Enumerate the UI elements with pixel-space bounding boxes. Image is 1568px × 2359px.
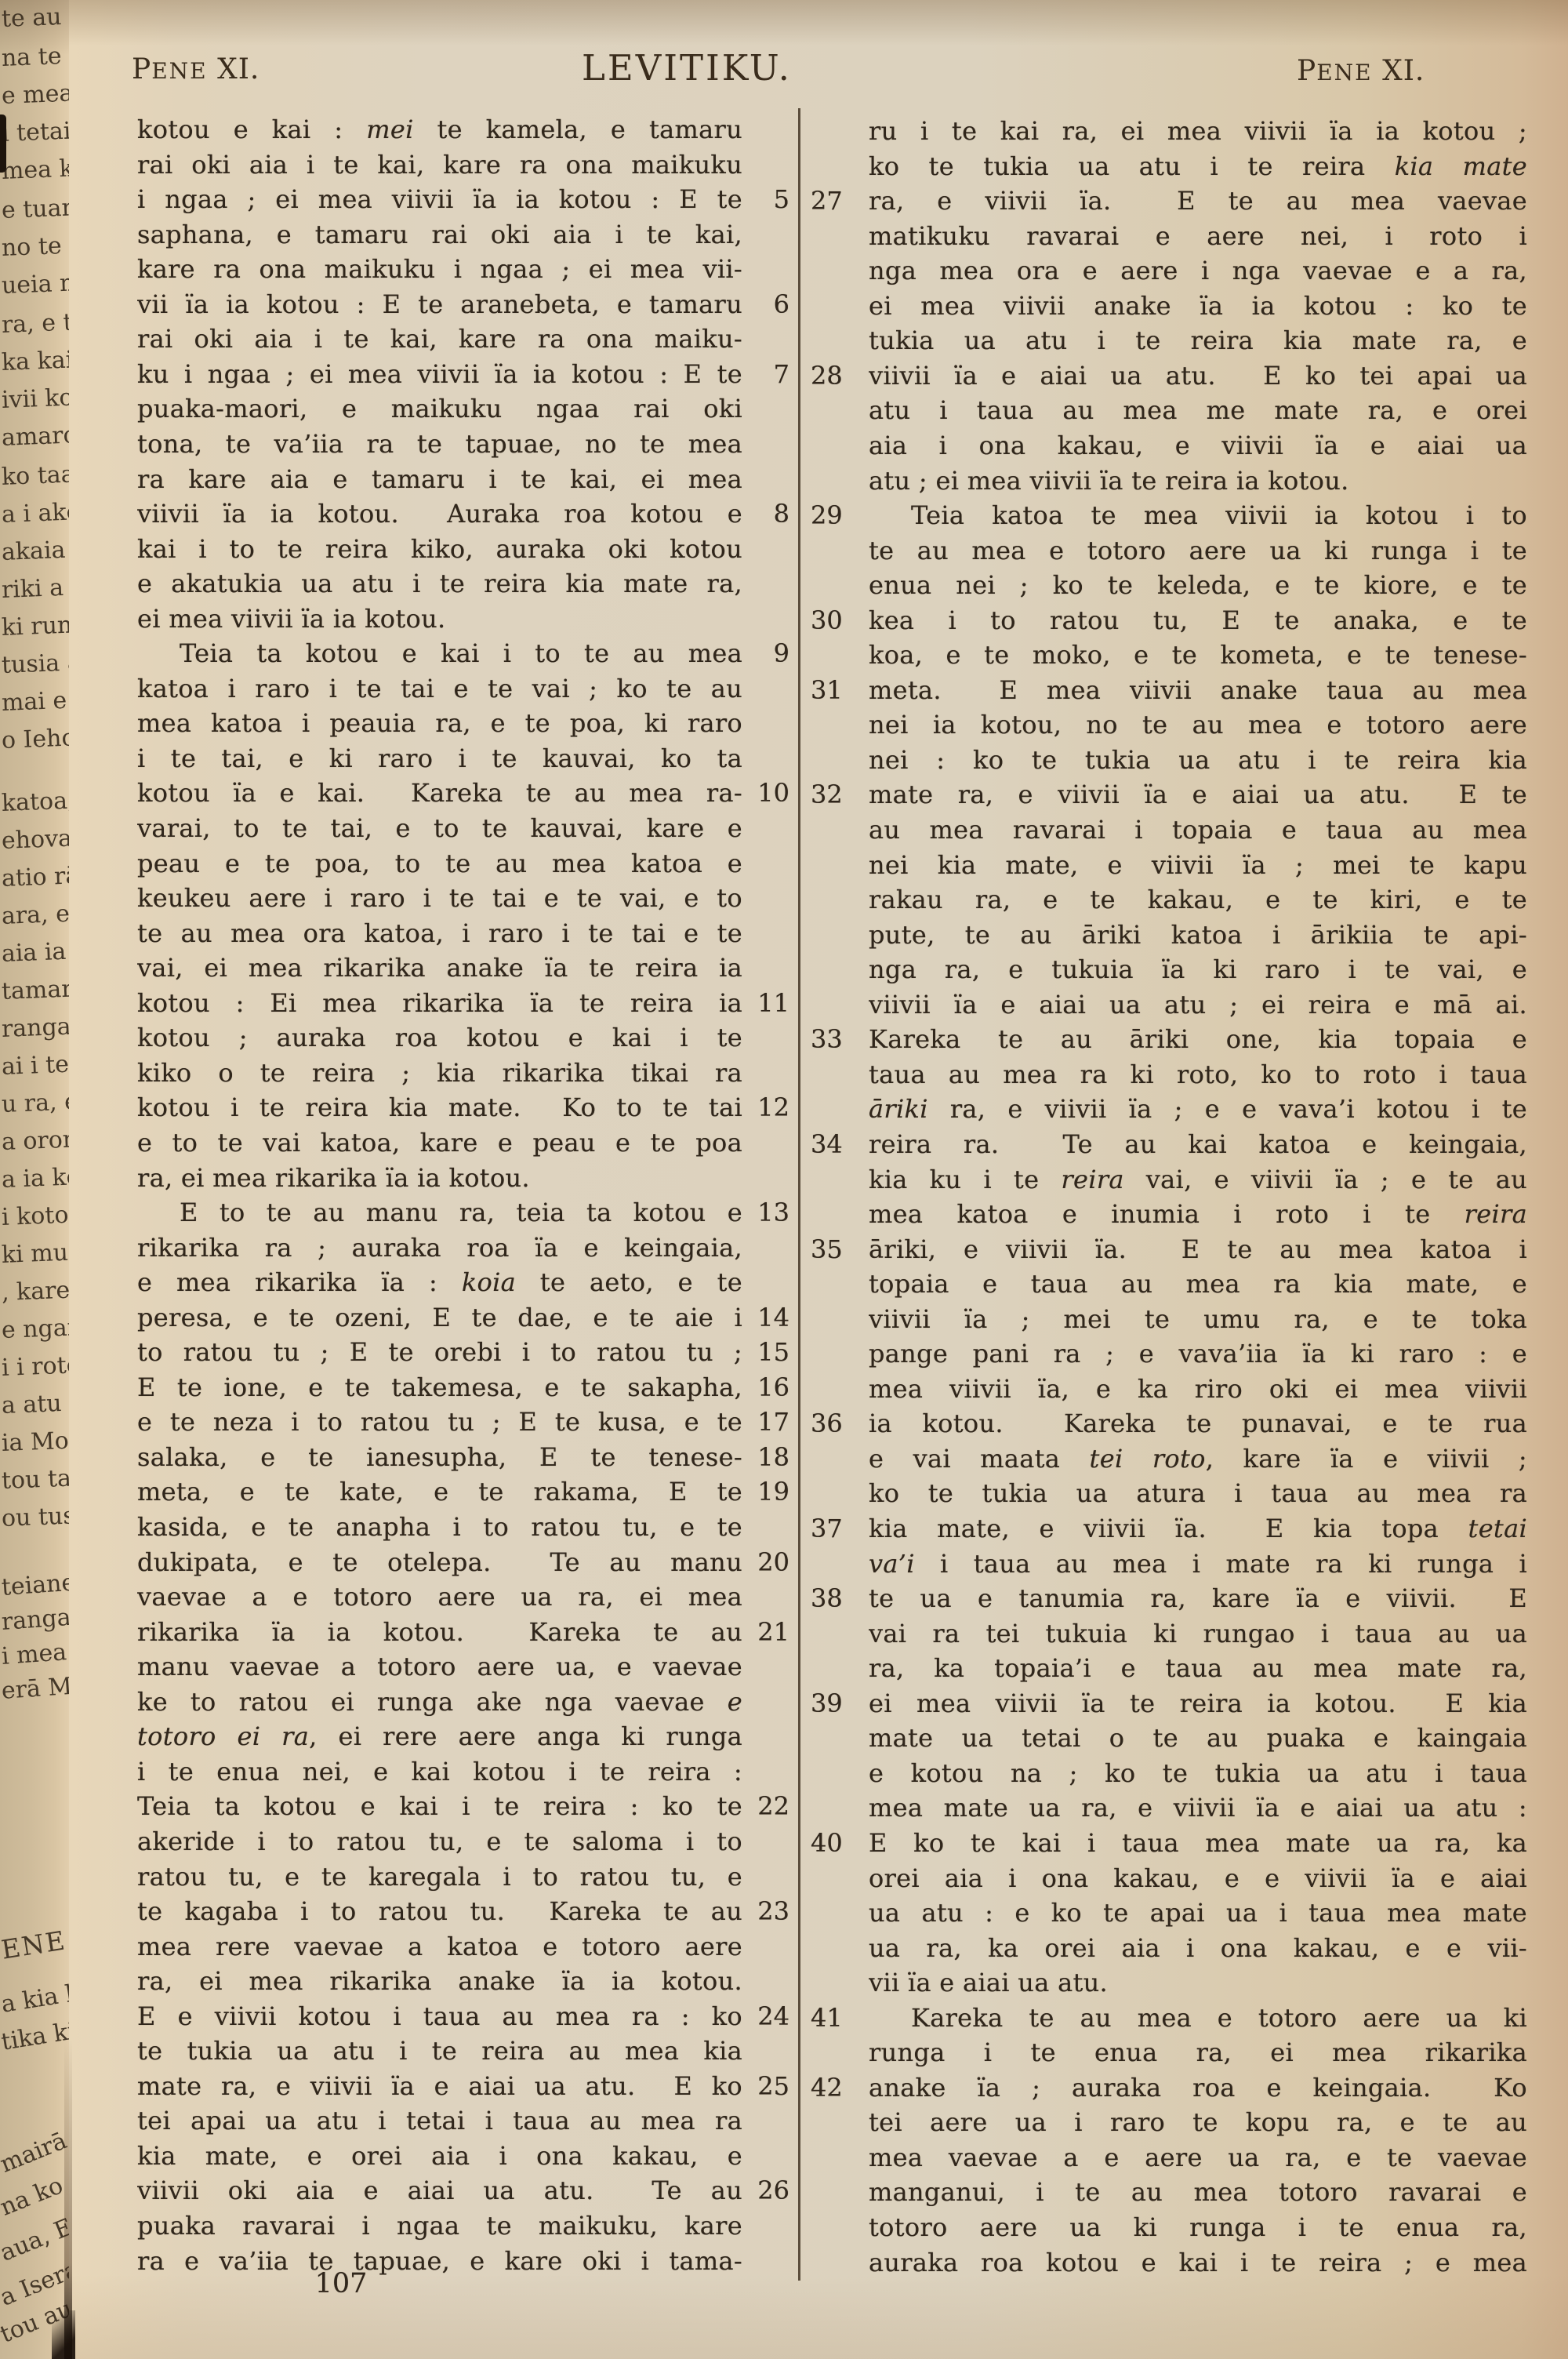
text-line: mea katoa e inumia i roto i te reira bbox=[869, 1198, 1527, 1233]
text-line: vii ïa ia kotou : E te aranebeta, e tama… bbox=[137, 289, 742, 323]
text-line: vai, ei mea rikarika anake ïa te reira i… bbox=[137, 952, 742, 987]
line-text: meta. E mea viivii anake taua au mea bbox=[869, 675, 1527, 705]
text-line: ra, ei mea rikarika ïa ia kotou. bbox=[137, 1162, 742, 1197]
line-text: viivii ïa e aiai ua atu. E ko tei apai u… bbox=[869, 361, 1527, 391]
italic-word: reira bbox=[1061, 1165, 1123, 1194]
facing-page-text-fragment: u ra, e me bbox=[1, 1087, 69, 1118]
text-line: e mea rikarika ïa : koia te aeto, e te bbox=[137, 1267, 742, 1301]
text-line: ke to ratou ei runga ake nga vaevae e bbox=[137, 1686, 742, 1721]
facing-page-text-fragment: ia Mose, I bbox=[1, 1426, 69, 1457]
text-line: kasida, e te anapha i to ratou tu, e te bbox=[137, 1511, 742, 1546]
line-text: kea i to ratou tu, E te anaka, e te bbox=[869, 605, 1527, 635]
text-line: i ngaa ; ei mea viivii ïa ia kotou : E t… bbox=[137, 184, 742, 218]
text-line: to ratou tu ; E te orebi i to ratou tu ; bbox=[137, 1336, 742, 1371]
text-line: e te neza i to ratou tu ; E te kusa, e t… bbox=[137, 1406, 742, 1441]
text-line: mate ra, e viivii ïa e aiai ua atu. E te bbox=[869, 779, 1527, 813]
italic-word: tetai bbox=[1468, 1514, 1527, 1543]
facing-page-text-fragment: mea ko ta bbox=[1, 154, 69, 185]
text-line: ko te tukia ua atura i taua au mea ra bbox=[869, 1478, 1527, 1512]
line-text: E e viivii kotou i taua au mea ra : ko bbox=[137, 2001, 742, 2031]
facing-page-text-fragment: erā Mose bbox=[1, 1670, 69, 1705]
verse-number: 22 bbox=[741, 1790, 789, 1825]
text-line: topaia e taua au mea ra kia mate, e bbox=[869, 1268, 1527, 1303]
line-text: i te enua nei, e kai kotou i te reira : bbox=[137, 1757, 742, 1787]
line-text: rikarika ra ; auraka roa ïa e keingaia, bbox=[137, 1233, 742, 1263]
text-line: E ko te kai i taua mea mate ua ra, ka bbox=[869, 1827, 1527, 1862]
text-line: āriki, e viivii ïa. E te au mea katoa i bbox=[869, 1234, 1527, 1268]
line-text: kotou ïa e kai. Kareka te au mea ra- bbox=[137, 778, 742, 808]
line-text: te kamela, e tamaru bbox=[414, 114, 742, 144]
line-text: taua au mea ra ki roto, ko to roto i tau… bbox=[869, 1060, 1527, 1089]
line-text: ko te tukia ua atu i te reira bbox=[869, 151, 1395, 181]
text-line: ei mea viivii ïa ia kotou. bbox=[137, 603, 742, 638]
line-text: ua atu : e ko te apai ua i taua mea mate bbox=[869, 1898, 1527, 1928]
facing-page-text-fragment: ko taau bbox=[1, 461, 69, 491]
text-line: atu ; ei mea viivii ïa te reira ia kotou… bbox=[869, 465, 1527, 500]
text-line: katoa i raro i te tai e te vai ; ko te a… bbox=[137, 673, 742, 707]
verse-number: 38 bbox=[811, 1583, 866, 1617]
text-line: i te tai, e ki raro i te kauvai, ko ta bbox=[137, 743, 742, 777]
facing-page-text-fragment: i i roto i te bbox=[1, 1350, 69, 1382]
text-line: mea vaevae a e aere ua ra, e te vaevae bbox=[869, 2142, 1527, 2176]
text-line: au mea ravarai i topaia e taua au mea bbox=[869, 814, 1527, 849]
line-text: manu vaevae a totoro aere ua, e vaevae bbox=[137, 1652, 742, 1681]
text-line: orei aia i ona kakau, e e viivii ïa e ai… bbox=[869, 1863, 1527, 1897]
line-text: i ngaa ; ei mea viivii ïa ia kotou : E t… bbox=[137, 184, 742, 214]
line-text: Teia ta kotou e kai i to te au mea bbox=[180, 638, 742, 668]
facing-page-text-fragment: e tuang bbox=[1, 194, 69, 224]
text-line: puaka ravarai i ngaa te maikuku, kare bbox=[137, 2210, 742, 2245]
line-text: te au mea e totoro aere ua ki runga i te bbox=[869, 536, 1527, 565]
line-text: puaka-maori, e maikuku ngaa rai oki bbox=[137, 394, 742, 423]
text-line: Kareka te au mea e totoro aere ua ki bbox=[869, 2002, 1527, 2037]
text-line: mate ra, e viivii ïa e aiai ua atu. E ko bbox=[137, 2070, 742, 2105]
facing-page-text-fragment: e ngai-tapu bbox=[1, 1312, 69, 1344]
running-head-left-numeral: XI. bbox=[208, 53, 260, 85]
line-text: totoro aere ua ki runga i te enua ra, bbox=[869, 2212, 1527, 2242]
line-text: e akatukia ua atu i te reira kia mate ra… bbox=[137, 569, 742, 598]
line-text: aia i ona kakau, e viivii ïa e aiai ua bbox=[869, 431, 1527, 460]
text-line: auraka roa kotou e kai i te reira ; e me… bbox=[869, 2247, 1527, 2281]
facing-page-text-fragment: a orongaia bbox=[1, 1125, 69, 1156]
text-line: rakau ra, e te kakau, e te kiri, e te bbox=[869, 884, 1527, 918]
facing-page-text-fragment: ou tusia k bbox=[1, 1501, 69, 1532]
text-line: vaevae a e totoro aere ua ra, ei mea bbox=[137, 1581, 742, 1616]
text-line: kia mate, e orei aia i ona kakau, e bbox=[137, 2140, 742, 2175]
verse-number: 29 bbox=[811, 500, 866, 534]
verse-number: 33 bbox=[811, 1023, 866, 1058]
line-text: puaka ravarai i ngaa te maikuku, kare bbox=[137, 2211, 742, 2241]
facing-page-text-fragment: mairā Ie bbox=[0, 2117, 69, 2179]
verse-number-lane-right: 27282930313233343536373839404142 bbox=[811, 115, 866, 2288]
italic-word: mei bbox=[366, 114, 413, 144]
verse-number: 32 bbox=[811, 779, 866, 813]
line-text: ru i te kai ra, ei mea viivii ïa ia koto… bbox=[869, 116, 1527, 146]
text-line: kotou e kai : mei te kamela, e tamaru bbox=[137, 114, 742, 148]
text-line: e kotou na ; ko te tukia ua atu i taua bbox=[869, 1757, 1527, 1792]
line-text: ra, ka topaia’i e taua au mea mate ra, bbox=[869, 1653, 1527, 1683]
line-text: Teia ta kotou e kai i te reira : ko te bbox=[137, 1791, 742, 1821]
text-line: peresa, e te ozeni, E te dae, e te aie i bbox=[137, 1302, 742, 1336]
verse-number: 19 bbox=[741, 1476, 789, 1510]
text-line: ku i ngaa ; ei mea viivii ïa ia kotou : … bbox=[137, 358, 742, 393]
text-line: E te ione, e te takemesa, e te sakapha, bbox=[137, 1372, 742, 1406]
text-line: totoro aere ua ki runga i te enua ra, bbox=[869, 2212, 1527, 2246]
line-text: kotou ; auraka roa kotou e kai i te bbox=[137, 1023, 742, 1052]
verse-number: 25 bbox=[741, 2070, 789, 2105]
line-text: rikarika ïa ia kotou. Kareka te au bbox=[137, 1617, 742, 1647]
line-text: tei aere ua i raro te kopu ra, e te au bbox=[869, 2107, 1527, 2137]
ink-blot-bottom bbox=[52, 2310, 75, 2359]
line-text: ei mea viivii ïa ia kotou. bbox=[137, 604, 445, 634]
verse-number: 21 bbox=[741, 1616, 789, 1651]
text-line: atu i taua au mea me mate ra, e orei bbox=[869, 394, 1527, 429]
text-line: ra kare aia e tamaru i te kai, ei mea bbox=[137, 463, 742, 498]
line-text: rai oki aia i te kai, kare ra ona maiku- bbox=[137, 324, 742, 354]
running-head-right: PENE XI. bbox=[1297, 55, 1425, 87]
line-text: e te neza i to ratou tu ; E te kusa, e t… bbox=[137, 1407, 742, 1437]
text-line: Teia ta kotou e kai i te reira : ko te bbox=[137, 1790, 742, 1825]
italic-word: reira bbox=[1465, 1199, 1527, 1229]
line-text: keukeu aere i raro i te tai e te vai, e … bbox=[137, 883, 742, 913]
running-head-left-smallcaps: ENE bbox=[151, 58, 207, 84]
facing-page-text-fragment: , kare to bbox=[1, 1276, 69, 1307]
line-text: te au mea ora katoa, i raro i te tai e t… bbox=[137, 918, 742, 948]
verse-number: 8 bbox=[741, 498, 789, 533]
line-text: vii ïa ia kotou : E te aranebeta, e tama… bbox=[137, 289, 742, 319]
line-text: ei mea viivii anake ïa ia kotou : ko te bbox=[869, 291, 1527, 321]
line-text: ke to ratou ei runga ake nga vaevae bbox=[137, 1687, 728, 1717]
facing-page-text-fragment: teianei m bbox=[1, 1567, 69, 1601]
verse-number: 7 bbox=[741, 358, 789, 393]
line-text: katoa i raro i te tai e te vai ; ko te a… bbox=[137, 674, 742, 703]
line-text: viivii ïa ia kotou. Auraka roa kotou e bbox=[137, 499, 742, 529]
text-line: saphana, e tamaru rai oki aia i te kai, bbox=[137, 219, 742, 253]
line-text: e kotou na ; ko te tukia ua atu i taua bbox=[869, 1758, 1527, 1788]
line-text: Kareka te au mea e totoro aere ua ki bbox=[911, 2003, 1527, 2033]
line-text: varai, to te tai, e to te kauvai, kare e bbox=[137, 813, 742, 843]
line-text: mate ra, e viivii ïa e aiai ua atu. E te bbox=[869, 780, 1527, 809]
facing-page-text-fragment: ueia mai bbox=[1, 269, 69, 300]
text-line: rikarika ïa ia kotou. Kareka te au bbox=[137, 1616, 742, 1651]
text-line: koa, e te moko, e te kometa, e te tenese… bbox=[869, 639, 1527, 674]
text-line: rikarika ra ; auraka roa ïa e keingaia, bbox=[137, 1232, 742, 1267]
line-text: te aeto, e te bbox=[516, 1267, 742, 1297]
text-line: viivii ïa e aiai ua atu ; ei reira e mā … bbox=[869, 989, 1527, 1023]
line-text: ra e va’iia te tapuae, e kare oki i tama… bbox=[137, 2246, 742, 2276]
text-line: kia mate, e viivii ïa. E kia topa tetai bbox=[869, 1513, 1527, 1547]
line-text: saphana, e tamaru rai oki aia i te kai, bbox=[137, 220, 742, 249]
text-line: Kareka te au āriki one, kia topaia e bbox=[869, 1023, 1527, 1058]
line-text: āriki, e viivii ïa. E te au mea katoa i bbox=[869, 1234, 1527, 1264]
line-text: kotou i te reira kia mate. Ko to te tai bbox=[137, 1092, 742, 1122]
text-line: Teia ta kotou e kai i to te au mea bbox=[137, 638, 742, 672]
text-line: ra, ei mea rikarika anake ïa ia kotou. bbox=[137, 1965, 742, 2000]
text-line: kotou ; auraka roa kotou e kai i te bbox=[137, 1022, 742, 1056]
line-text: mea katoa e inumia i roto i te bbox=[869, 1199, 1465, 1229]
text-line: pute, te au āriki katoa i ārikiia te api… bbox=[869, 919, 1527, 954]
text-line: manganui, i te au mea totoro ravarai e bbox=[869, 2176, 1527, 2211]
verse-number: 40 bbox=[811, 1827, 866, 1862]
facing-page-text-fragment: a i akono bbox=[1, 498, 69, 529]
facing-page-text-fragment: ki runga bbox=[1, 611, 69, 642]
verse-number: 17 bbox=[741, 1406, 789, 1441]
text-line: kai i to te reira kiko, auraka oki kotou bbox=[137, 533, 742, 568]
facing-page-text-fragment: tika kia k bbox=[0, 2012, 69, 2056]
line-text: i taua au mea i mate ra ki runga i bbox=[915, 1549, 1527, 1579]
text-line: vii ïa e aiai ua atu. bbox=[869, 1967, 1527, 2001]
facing-page-header-fragment: ENE XI. bbox=[0, 1919, 69, 1964]
line-text: auraka roa kotou e kai i te reira ; e me… bbox=[869, 2248, 1527, 2277]
facing-page-text-fragment: amaroa, e bbox=[1, 420, 69, 452]
verse-number: 15 bbox=[741, 1336, 789, 1371]
text-line: taua au mea ra ki roto, ko to roto i tau… bbox=[869, 1059, 1527, 1093]
line-text: , kare ïa e viivii ; bbox=[1206, 1444, 1527, 1474]
line-text: viivii ïa ; mei te umu ra, e te toka bbox=[869, 1304, 1527, 1334]
line-text: ia kotou. Kareka te punavai, e te rua bbox=[869, 1408, 1527, 1438]
running-head-left-cap: P bbox=[132, 53, 151, 85]
line-text: matikuku ravarai e aere nei, i roto i bbox=[869, 221, 1527, 251]
line-text: peau e te poa, to te au mea katoa e bbox=[137, 849, 742, 878]
facing-page-text-fragment: no te au bbox=[1, 231, 69, 262]
text-line: ua atu : e ko te apai ua i taua mea mate bbox=[869, 1897, 1527, 1932]
facing-page-text-fragment: i mea tau bbox=[1, 1636, 69, 1670]
line-text: E te ione, e te takemesa, e te sakapha, bbox=[137, 1372, 742, 1402]
text-line: mea mate ua ra, e viivii ïa e aiai ua at… bbox=[869, 1792, 1527, 1826]
text-line: kotou : Ei mea rikarika ïa te reira ia bbox=[137, 987, 742, 1022]
line-text: kia mate, e orei aia i ona kakau, e bbox=[137, 2141, 742, 2171]
line-text: pute, te au āriki katoa i ārikiia te api… bbox=[869, 920, 1527, 950]
line-text: nei : ko te tukia ua atu i te reira kia bbox=[869, 745, 1527, 775]
line-text: ua ra, ka orei aia i ona kakau, e e vii- bbox=[869, 1933, 1527, 1963]
facing-page-text-fragment: na te ak bbox=[1, 42, 69, 72]
text-line: ru i te kai ra, ei mea viivii ïa ia koto… bbox=[869, 115, 1527, 150]
line-text: mea katoa i peauia ra, e te poa, ki raro bbox=[137, 708, 742, 738]
facing-page-text-fragment: ara, e i na bbox=[1, 899, 69, 930]
line-text: viivii oki aia e aiai ua atu. Te au bbox=[137, 2175, 742, 2205]
facing-page-text-fragment: ivii kore ; bbox=[1, 383, 69, 414]
text-line: e to te vai katoa, kare e peau e te poa bbox=[137, 1127, 742, 1161]
text-line: enua nei ; ko te keleda, e te kiore, e t… bbox=[869, 569, 1527, 604]
text-line: nga mea ora e aere i nga vaevae e a ra, bbox=[869, 255, 1527, 289]
line-text: rai oki aia i te kai, kare ra ona maikuk… bbox=[137, 150, 742, 180]
line-text: ei mea viivii ïa te reira ia kotou. E ki… bbox=[869, 1688, 1527, 1718]
verse-number: 23 bbox=[741, 1896, 789, 1930]
verse-number: 41 bbox=[811, 2002, 866, 2037]
line-text: mea vaevae a e aere ua ra, e te vaevae bbox=[869, 2143, 1527, 2172]
text-line: āriki ra, e viivii ïa ; e e vava’i kotou… bbox=[869, 1093, 1527, 1128]
line-text: vii ïa e aiai ua atu. bbox=[869, 1968, 1108, 1997]
line-text: atu ; ei mea viivii ïa te reira ia kotou… bbox=[869, 466, 1349, 496]
text-line: manu vaevae a totoro aere ua, e vaevae bbox=[137, 1651, 742, 1685]
facing-page-text-fragment: i tetai bbox=[1, 118, 69, 147]
book-page: PENE XI. LEVITIKU. PENE XI. kotou e kai … bbox=[69, 0, 1568, 2359]
text-line: nei kia mate, e viivii ïa ; mei te kapu bbox=[869, 849, 1527, 884]
line-text: ra, ei mea rikarika anake ïa ia kotou. bbox=[137, 1966, 742, 1996]
text-line: mea rere vaevae a katoa e totoro aere bbox=[137, 1931, 742, 1965]
line-text: pange pani ra ; e vava’iia ïa ki raro : … bbox=[869, 1339, 1527, 1369]
facing-page-text-fragment: a ia kotou bbox=[1, 1162, 69, 1194]
line-text: ra kare aia e tamaru i te kai, ei mea bbox=[137, 464, 742, 494]
facing-page-text-fragment: tou tarang bbox=[1, 1463, 69, 1495]
text-line: varai, to te tai, e to te kauvai, kare e bbox=[137, 812, 742, 847]
text-line: anake ïa ; auraka roa e keingaia. Ko bbox=[869, 2072, 1527, 2106]
text-line: aia i ona kakau, e viivii ïa e aiai ua bbox=[869, 430, 1527, 464]
text-line: tei aere ua i raro te kopu ra, e te au bbox=[869, 2106, 1527, 2141]
line-text: E to te au manu ra, teia ta kotou e bbox=[180, 1198, 742, 1227]
italic-word: totoro ei ra bbox=[137, 1721, 309, 1751]
text-line: e vai maata tei roto, kare ïa e viivii ; bbox=[869, 1443, 1527, 1478]
line-text: ra, e viivii ïa. E te au mea vaevae bbox=[869, 186, 1527, 216]
facing-page-text-fragment: aia ia Ele bbox=[1, 937, 69, 968]
text-line: ko te tukia ua atu i te reira kia mate bbox=[869, 151, 1527, 185]
verse-number: 12 bbox=[741, 1092, 789, 1126]
text-line: tei apai ua atu i tetai i taua au mea ra bbox=[137, 2105, 742, 2139]
running-head-right-cap: P bbox=[1297, 55, 1316, 87]
line-text: tukia ua atu i te reira kia mate ra, e bbox=[869, 325, 1527, 355]
text-line: mea viivii ïa, e ka riro oki ei mea viiv… bbox=[869, 1373, 1527, 1408]
text-line: te kagaba i to ratou tu. Kareka te au bbox=[137, 1896, 742, 1930]
text-line: kotou ïa e kai. Kareka te au mea ra- bbox=[137, 777, 742, 812]
facing-page-text-fragment: ai i te ta bbox=[1, 1050, 69, 1081]
text-line: ei mea viivii ïa te reira ia kotou. E ki… bbox=[869, 1688, 1527, 1722]
facing-page-text-fragment: tusia ai, bbox=[1, 649, 69, 679]
verse-number: 16 bbox=[741, 1372, 789, 1406]
verse-number: 35 bbox=[811, 1234, 866, 1268]
ink-blot-top bbox=[0, 114, 6, 173]
line-text: manganui, i te au mea totoro ravarai e bbox=[869, 2177, 1527, 2207]
text-line: keukeu aere i raro i te tai e te vai, e … bbox=[137, 882, 742, 917]
facing-page-gutter: te au tuna te ake mea tapi tetaimea ko t… bbox=[0, 0, 69, 2359]
text-line: ia kotou. Kareka te punavai, e te rua bbox=[869, 1408, 1527, 1442]
line-text: mea rere vaevae a katoa e totoro aere bbox=[137, 1932, 742, 1961]
line-text: vaevae a e totoro aere ua ra, ei mea bbox=[137, 1582, 742, 1612]
text-line: i te enua nei, e kai kotou i te reira : bbox=[137, 1756, 742, 1790]
line-text: tona, te va’iia ra te tapuae, no te mea bbox=[137, 429, 742, 459]
text-line: mea katoa i peauia ra, e te poa, ki raro bbox=[137, 707, 742, 742]
line-text: anake ïa ; auraka roa e keingaia. Ko bbox=[869, 2073, 1527, 2103]
line-text: te kagaba i to ratou tu. Kareka te au bbox=[137, 1896, 742, 1926]
text-line: kare ra ona maikuku i ngaa ; ei mea vii- bbox=[137, 253, 742, 288]
text-line: te au mea e totoro aere ua ki runga i te bbox=[869, 535, 1527, 569]
text-line: nga ra, e tukuia ïa ki raro i te vai, e bbox=[869, 954, 1527, 988]
text-line: Teia katoa te mea viivii ia kotou i to bbox=[869, 500, 1527, 534]
line-text: reira ra. Te au kai katoa e keingaia, bbox=[869, 1129, 1527, 1159]
line-text: ku i ngaa ; ei mea viivii ïa ia kotou : … bbox=[137, 359, 742, 389]
text-line: te ua e tanumia ra, kare ïa e viivii. E bbox=[869, 1583, 1527, 1617]
italic-word: tei roto bbox=[1090, 1444, 1206, 1474]
line-text: to ratou tu ; E te orebi i to ratou tu ; bbox=[137, 1337, 742, 1367]
facing-page-text-fragment: atio rā bbox=[1, 863, 69, 892]
page-number: 107 bbox=[278, 2268, 404, 2299]
italic-word: āriki bbox=[869, 1094, 928, 1124]
facing-page-text-fragment: ranga atu bbox=[1, 1012, 69, 1043]
text-line: kea i to ratou tu, E te anaka, e te bbox=[869, 605, 1527, 639]
line-text: Teia katoa te mea viivii ia kotou i to bbox=[911, 500, 1527, 530]
text-line: pange pani ra ; e vava’iia ïa ki raro : … bbox=[869, 1338, 1527, 1372]
line-text: topaia e taua au mea ra kia mate, e bbox=[869, 1269, 1527, 1299]
text-line: ra e va’iia te tapuae, e kare oki i tama… bbox=[137, 2245, 742, 2280]
text-line: viivii ïa e aiai ua atu. E ko tei apai u… bbox=[869, 360, 1527, 394]
line-text: kotou : Ei mea rikarika ïa te reira ia bbox=[137, 988, 742, 1018]
line-text: dukipata, e te otelepa. Te au manu bbox=[137, 1547, 742, 1577]
facing-page-text-fragment: akaia no bbox=[1, 536, 69, 566]
facing-page-text-fragment: ka kai bbox=[1, 347, 69, 376]
line-text: peresa, e te ozeni, E te dae, e te aie i bbox=[137, 1303, 742, 1332]
facing-page-text-fragment: ki mua i te bbox=[1, 1238, 69, 1269]
line-text: meta, e te kate, e te rakama, E te bbox=[137, 1477, 742, 1507]
verse-number: 36 bbox=[811, 1408, 866, 1442]
italic-word: kia mate bbox=[1395, 151, 1527, 181]
facing-page-text-fragment: te au tu bbox=[1, 3, 69, 33]
line-text: koa, e te moko, e te kometa, e te tenese… bbox=[869, 640, 1527, 670]
text-line: E to te au manu ra, teia ta kotou e bbox=[137, 1197, 742, 1231]
facing-page-text-fragment: mai e run bbox=[1, 685, 69, 717]
verse-number: 24 bbox=[741, 2001, 789, 2035]
text-line: kiko o te reira ; kia rikarika tikai ra bbox=[137, 1057, 742, 1092]
verse-number: 13 bbox=[741, 1197, 789, 1231]
line-text: rakau ra, e te kakau, e te kiri, e te bbox=[869, 885, 1527, 914]
facing-page-text-fragment: i kotou i bbox=[1, 1201, 69, 1231]
text-line: akeride i to ratou tu, e te saloma i to bbox=[137, 1826, 742, 1860]
text-line: viivii ïa ; mei te umu ra, e te toka bbox=[869, 1303, 1527, 1338]
line-text: nei kia mate, e viivii ïa ; mei te kapu bbox=[869, 850, 1527, 880]
line-text: kia ku i te bbox=[869, 1165, 1061, 1194]
running-head-left: PENE XI. bbox=[132, 53, 260, 85]
line-text: salaka, e te ianesupha, E te tenese- bbox=[137, 1442, 742, 1472]
italic-word: koia bbox=[462, 1267, 516, 1297]
line-text: E ko te kai i taua mea mate ua ra, ka bbox=[869, 1828, 1527, 1858]
text-line: ra, e viivii ïa. E te au mea vaevae bbox=[869, 185, 1527, 220]
line-text: enua nei ; ko te keleda, e te kiore, e t… bbox=[869, 570, 1527, 600]
verse-number: 11 bbox=[741, 987, 789, 1022]
line-text: ratou tu, e te karegala i to ratou tu, e bbox=[137, 1862, 742, 1892]
left-text-column: kotou e kai : mei te kamela, e tamarurai… bbox=[137, 114, 742, 2286]
verse-number: 14 bbox=[741, 1302, 789, 1336]
line-text: viivii ïa e aiai ua atu ; ei reira e mā … bbox=[869, 990, 1527, 1020]
right-text-column: ru i te kai ra, ei mea viivii ïa ia koto… bbox=[869, 115, 1527, 2288]
facing-page-text-fragment: katoa, e bbox=[1, 787, 69, 817]
line-text: kai i to te reira kiko, auraka oki kotou bbox=[137, 534, 742, 564]
text-line: totoro ei ra, ei rere aere anga ki runga bbox=[137, 1721, 742, 1755]
line-text: Kareka te au āriki one, kia topaia e bbox=[869, 1024, 1527, 1054]
text-line: ratou tu, e te karegala i to ratou tu, e bbox=[137, 1861, 742, 1896]
text-line: ra, ka topaia’i e taua au mea mate ra, bbox=[869, 1652, 1527, 1687]
verse-number: 30 bbox=[811, 605, 866, 639]
line-text: kiko o te reira ; kia rikarika tikai ra bbox=[137, 1058, 742, 1088]
line-text: kotou e kai : bbox=[137, 114, 366, 144]
verse-number: 42 bbox=[811, 2072, 866, 2106]
line-text: runga i te enua ra, ei mea rikarika bbox=[869, 2037, 1527, 2067]
line-text: ko te tukia ua atura i taua au mea ra bbox=[869, 1478, 1527, 1508]
line-text: e mea rikarika ïa : bbox=[137, 1267, 462, 1297]
facing-page-text-fragment: a atu na. bbox=[1, 1389, 69, 1419]
text-line: vai ra tei tukuia ki rungao i taua au ua bbox=[869, 1618, 1527, 1652]
verse-number: 20 bbox=[741, 1547, 789, 1581]
text-line: ua ra, ka orei aia i ona kakau, e e vii- bbox=[869, 1932, 1527, 1967]
line-text: nei ia kotou, no te au mea e totoro aere bbox=[869, 710, 1527, 740]
text-line: viivii oki aia e aiai ua atu. Te au bbox=[137, 2175, 742, 2209]
line-text: atu i taua au mea me mate ra, e orei bbox=[869, 395, 1527, 425]
verse-number: 9 bbox=[741, 638, 789, 672]
text-line: va’i i taua au mea i mate ra ki runga i bbox=[869, 1548, 1527, 1583]
line-text: kia mate, e viivii ïa. E kia topa bbox=[869, 1514, 1468, 1543]
line-text: vai ra tei tukuia ki rungao i taua au ua bbox=[869, 1619, 1527, 1648]
text-line: puaka-maori, e maikuku ngaa rai oki bbox=[137, 393, 742, 427]
verse-number: 28 bbox=[811, 360, 866, 394]
verse-number: 34 bbox=[811, 1129, 866, 1163]
facing-page-text-fragment: ra, e te bbox=[1, 309, 69, 339]
